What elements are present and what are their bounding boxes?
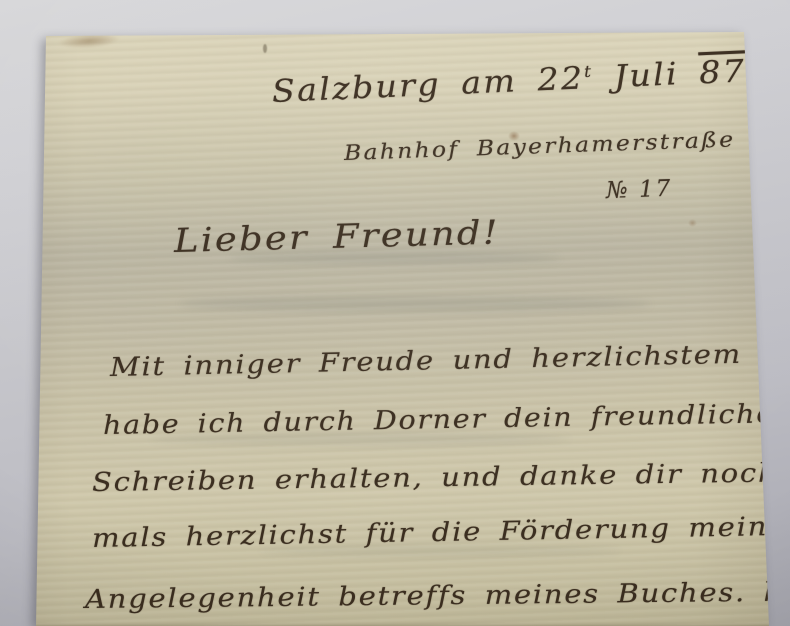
paper-shadow: Salzburg am 22t Juli 875 Bahnhof Bayerha… bbox=[0, 0, 790, 626]
body-line: Schreiben erhalten, und danke dir noch v… bbox=[92, 457, 790, 498]
date-day-suffix: t bbox=[584, 62, 594, 81]
house-number-line: № 17 bbox=[606, 176, 673, 204]
date-line: Salzburg am 22t Juli 875 bbox=[271, 52, 770, 110]
paper-stain bbox=[58, 32, 121, 50]
date-year: 875 bbox=[698, 52, 770, 91]
ink-showthrough bbox=[180, 296, 650, 312]
photo-backdrop: Salzburg am 22t Juli 875 Bahnhof Bayerha… bbox=[0, 0, 790, 626]
paper-speck bbox=[263, 44, 267, 53]
address-line: Bahnhof Bayerhamerstraße bbox=[344, 127, 736, 165]
paper-stain bbox=[688, 219, 697, 227]
date-city-day: Salzburg am 22 bbox=[271, 60, 585, 110]
body-line: Mit inniger Freude und herzlichstem Dank… bbox=[110, 337, 790, 383]
date-month: Juli bbox=[613, 56, 680, 95]
body-line: habe ich durch Dorner dein freundliches bbox=[103, 399, 790, 441]
letter-page: Salzburg am 22t Juli 875 Bahnhof Bayerha… bbox=[0, 0, 790, 626]
salutation-line: Lieber Freund! bbox=[173, 212, 500, 260]
body-line: mals herzlichst für die Förderung meiner bbox=[92, 512, 790, 554]
body-line: Angelegenheit betreffs meines Buches. bi… bbox=[85, 577, 790, 615]
